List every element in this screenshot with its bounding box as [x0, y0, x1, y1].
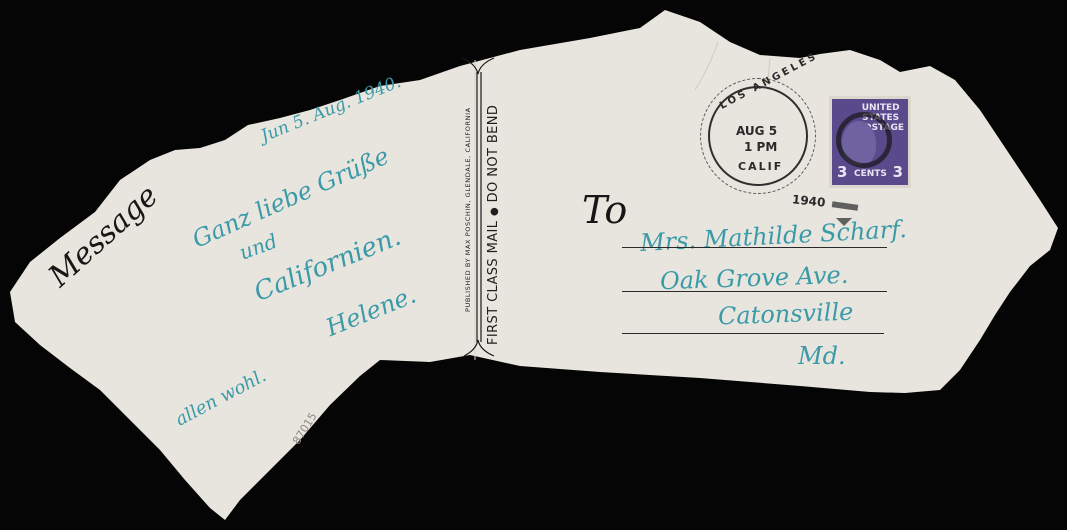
first-class-mail-label: FIRST CLASS MAIL ● DO NOT BEND	[486, 105, 501, 345]
postmark-date: AUG 5	[736, 124, 777, 138]
stamp-denomination-right: 3	[893, 163, 903, 181]
address-underline-1	[622, 247, 887, 248]
postmark-state: CALIF	[738, 160, 783, 173]
address-line-4: Md.	[798, 342, 846, 370]
postcard-photo: Message Jun 5. Aug. 1940. Ganz liebe Grü…	[0, 0, 1067, 530]
card-outline	[0, 0, 1067, 530]
do-not-bend: DO NOT BEND	[486, 105, 501, 203]
address-underline-2	[622, 291, 887, 292]
stamp-denomination-left: 3	[837, 163, 847, 181]
publisher-credit: PUBLISHED BY MAX POSCHIN, GLENDALE, CALI…	[464, 107, 472, 312]
stamp-cancellation-mark	[836, 112, 892, 168]
postmark: LOS ANGELES AUG 5 1 PM CALIF	[708, 86, 808, 186]
address-underline-3	[622, 333, 884, 334]
to-label: To	[582, 188, 627, 232]
stamp-cents-label: CENTS	[854, 169, 887, 179]
postmark-time: 1 PM	[744, 140, 777, 154]
address-line-3: Catonsville	[718, 298, 854, 331]
mail-class: FIRST CLASS MAIL	[486, 221, 501, 345]
divider-bullet: ●	[489, 207, 500, 216]
